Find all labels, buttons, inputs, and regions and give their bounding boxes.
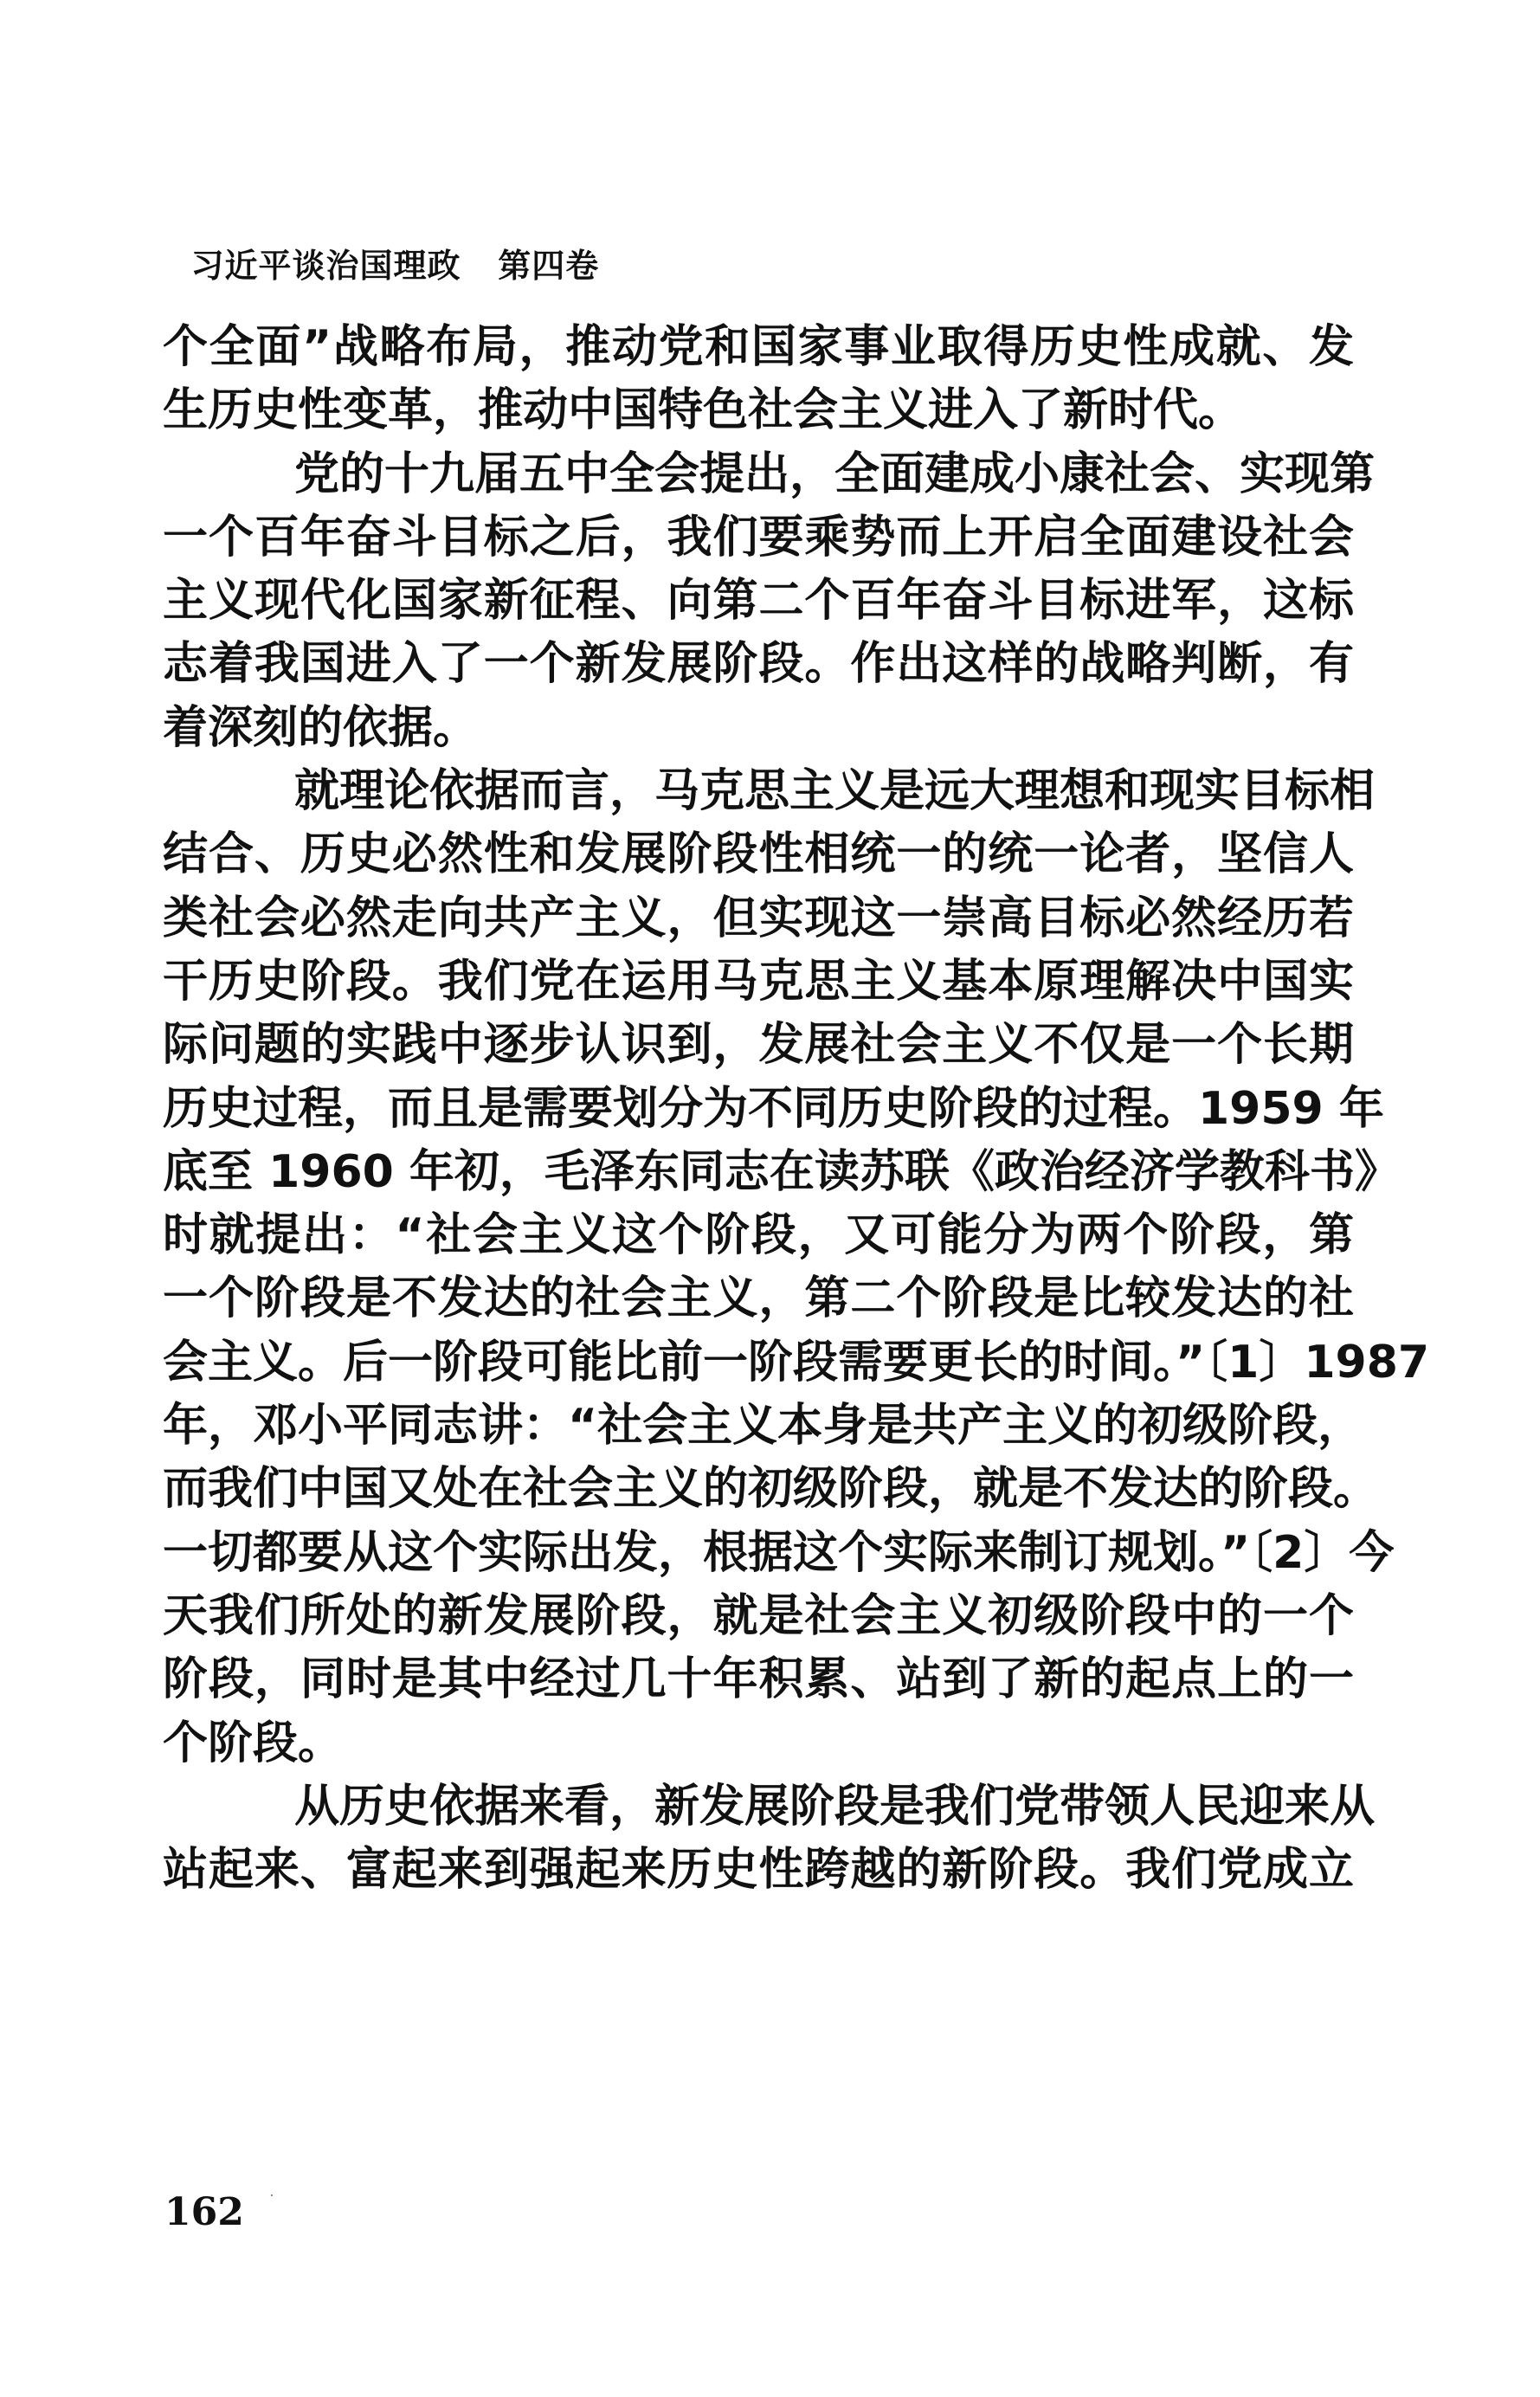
text-line: 志着我国进入了一个新发展阶段。作出这样的战略判断，有 <box>163 633 1354 696</box>
page-number: 162 <box>164 2190 244 2234</box>
running-header: 习近平谈治国理政 第四卷 <box>166 201 599 287</box>
text-line: 会主义。后一阶段可能比前一阶段需要更长的时间。”〔1〕1987 <box>163 1331 1354 1395</box>
text-line: 际问题的实践中逐步认识到，发展社会主义不仅是一个长期 <box>163 1014 1354 1077</box>
text-line: 一切都要从这个实际出发，根据这个实际来制订规划。”〔2〕今 <box>163 1522 1354 1585</box>
volume-label: 第四卷 <box>498 247 599 285</box>
text-line: 时就提出：“社会主义这个阶段，又可能分为两个阶段，第 <box>163 1204 1354 1267</box>
text-line: 站起来、富起来到强起来历史性跨越的新阶段。我们党成立 <box>163 1839 1354 1902</box>
text-line: 年，邓小平同志讲：“社会主义本身是共产主义的初级阶段， <box>163 1395 1354 1458</box>
text-line: 干历史阶段。我们党在运用马克思主义基本原理解决中国实 <box>163 950 1354 1014</box>
text-line: 一个阶段是不发达的社会主义，第二个阶段是比较发达的社 <box>163 1267 1354 1331</box>
text-line: 天我们所处的新发展阶段，就是社会主义初级阶段中的一个 <box>163 1585 1354 1648</box>
text-line: 结合、历史必然性和发展阶段性相统一的统一论者，坚信人 <box>163 823 1354 886</box>
text-line: 底至 1960 年初，毛泽东同志在读苏联《政治经济学教科书》 <box>163 1141 1354 1204</box>
text-line: 历史过程，而且是需要划分为不同历史阶段的过程。1959 年 <box>163 1078 1354 1141</box>
text-line: 主义现代化国家新征程、向第二个百年奋斗目标进军，这标 <box>163 570 1354 633</box>
text-line: 从历史依据来看，新发展阶段是我们党带领人民迎来从 <box>163 1775 1354 1839</box>
text-line: 一个百年奋斗目标之后，我们要乘势而上开启全面建设社会 <box>163 506 1354 570</box>
text-line: 个全面”战略布局，推动党和国家事业取得历史性成就、发 <box>163 316 1354 379</box>
text-line: 生历史性变革，推动中国特色社会主义进入了新时代。 <box>163 379 1354 442</box>
header-spacer <box>461 247 498 285</box>
text-line: 党的十九届五中全会提出，全面建成小康社会、实现第 <box>163 443 1354 506</box>
text-line: 而我们中国又处在社会主义的初级阶段，就是不发达的阶段。 <box>163 1458 1354 1521</box>
body-text: 个全面”战略布局，推动党和国家事业取得历史性成就、发 生历史性变革，推动中国特色… <box>163 316 1354 1902</box>
text-line: 着深刻的依据。 <box>163 697 1354 760</box>
text-line: 个阶段。 <box>163 1712 1354 1775</box>
book-title: 习近平谈治国理政 <box>190 247 461 285</box>
text-line: 就理论依据而言，马克思主义是远大理想和现实目标相 <box>163 760 1354 823</box>
text-line: 类社会必然走向共产主义，但实现这一崇高目标必然经历若 <box>163 887 1354 950</box>
text-line: 阶段，同时是其中经过几十年积累、站到了新的起点上的一 <box>163 1648 1354 1711</box>
scan-speck <box>271 2194 273 2196</box>
